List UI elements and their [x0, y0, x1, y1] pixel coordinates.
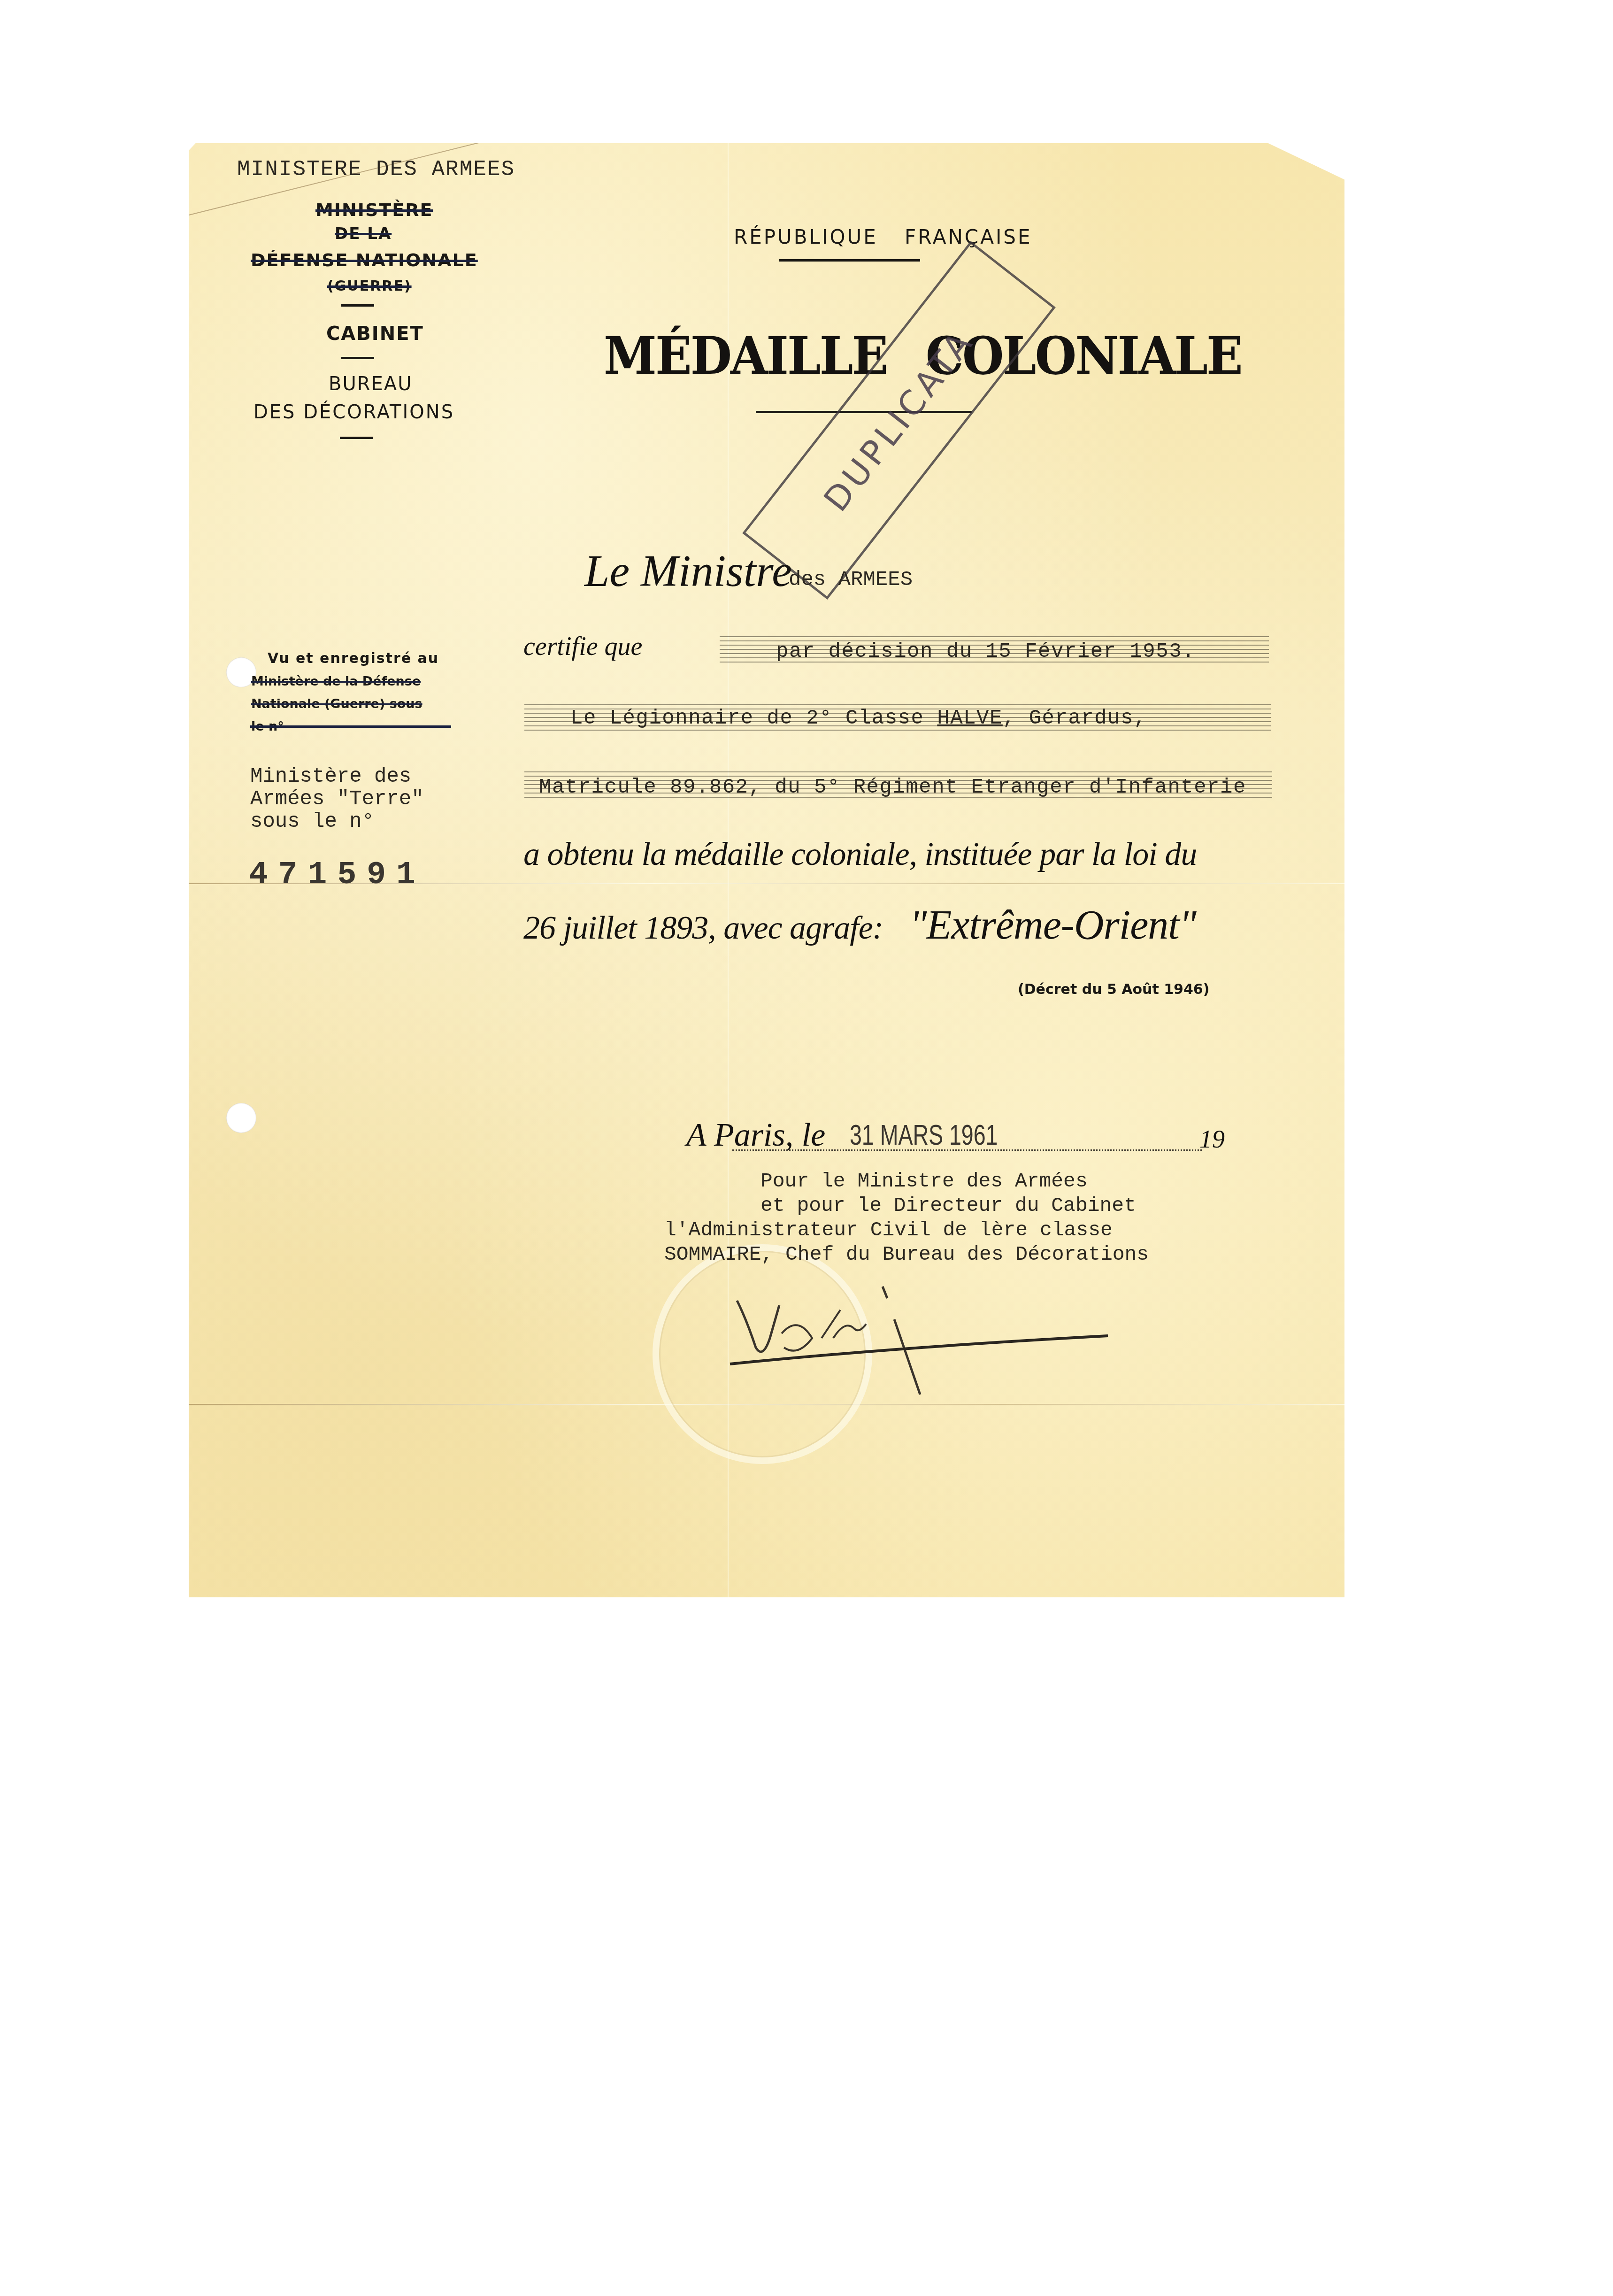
minister-script: Le Ministre [584, 545, 792, 597]
decision-line: par décision du 15 Février 1953. [776, 640, 1195, 663]
divider [341, 357, 374, 359]
struck-ministere: MINISTÈRE [315, 200, 433, 220]
signatory-block: Pour le Ministre des Armées et pour le D… [760, 1169, 1149, 1267]
award-line: a obtenu la médaille coloniale, institué… [523, 836, 1197, 873]
divider [340, 437, 373, 439]
registration-label: Vu et enregistré au [268, 650, 439, 667]
recipient-surname: HALVE [937, 707, 1003, 730]
typed-line: Ministère des [250, 765, 424, 788]
recipient-given-name: , Gérardus, [1003, 707, 1147, 730]
certifie-que: certifie que [523, 632, 642, 662]
recipient-rank: Le Légionnaire de 2° Classe [570, 707, 937, 730]
struck-guerre: (GUERRE) [327, 278, 412, 294]
decree-reference: (Décret du 5 Août 1946) [1018, 981, 1209, 998]
clasp-name: "Extrême-Orient" [910, 902, 1196, 948]
republic-label: RÉPUBLIQUE FRANÇAISE [734, 225, 1032, 248]
minister-typed: des ARMEES [789, 568, 913, 592]
divider [341, 304, 374, 307]
typed-line: sous le n° [250, 810, 424, 833]
matricule-line: Matricule 89.862, du 5° Régiment Etrange… [539, 776, 1246, 799]
struck-registration-line: Nationale (Guerre) sous [251, 697, 422, 711]
decorations-label: DES DÉCORATIONS [253, 401, 454, 423]
registration-typed: Ministère des Armées "Terre" sous le n° [250, 765, 424, 833]
recipient-line: Le Légionnaire de 2° Classe HALVE, Gérar… [570, 707, 1147, 730]
law-line: 26 juillet 1893, avec agrafe: "Extrême-O… [523, 901, 1196, 949]
place-label: A Paris, le [686, 1117, 825, 1154]
date-stamp: 31 MARS 1961 [850, 1118, 998, 1152]
signatory-line: SOMMAIRE, Chef du Bureau des Décorations [664, 1242, 1149, 1267]
struck-de-la: DE LA [335, 224, 392, 243]
divider [779, 259, 920, 262]
struck-registration-line: Ministère de la Défense [251, 674, 421, 689]
signatory-line: Pour le Ministre des Armées [760, 1169, 1149, 1194]
struck-defense-nationale: DÉFENSE NATIONALE [251, 250, 478, 270]
bureau-label: BUREAU [329, 373, 412, 395]
law-date: 26 juillet 1893, avec agrafe: [523, 910, 883, 946]
handwritten-signature [704, 1277, 1174, 1399]
year-prefix: 19 [1199, 1125, 1225, 1154]
cabinet-label: CABINET [326, 323, 424, 345]
signatory-line: et pour le Directeur du Cabinet [760, 1194, 1149, 1218]
typed-ministry: MINISTERE DES ARMEES [237, 157, 515, 182]
punch-hole [226, 1103, 256, 1133]
signatory-line: l'Administrateur Civil de lère classe [664, 1218, 1149, 1242]
typed-line: Armées "Terre" [250, 788, 424, 810]
registration-number: 471591 [249, 857, 426, 893]
strike-rule [250, 725, 451, 728]
